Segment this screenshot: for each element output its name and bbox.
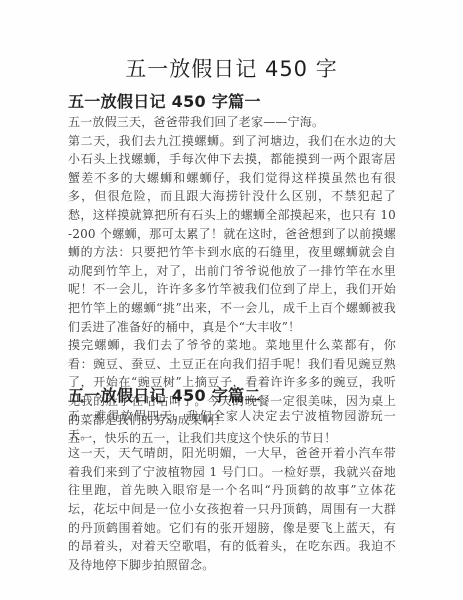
section-heading: 五一放假日记 450 字篇二 bbox=[68, 385, 396, 407]
document-page: 五一放假日记 450 字 五一放假日记 450 字篇一 五一放假三天，爸爸带我们… bbox=[0, 0, 463, 600]
paragraph: 五一难得放假四天，我们全家人决定去宁波植物园游玩一天。 bbox=[68, 407, 396, 444]
section-heading: 五一放假日记 450 字篇一 bbox=[68, 91, 396, 113]
paragraph: 第二天，我们去九江摸螺蛳。到了河塘边，我们在水边的大小石头上找螺蛳，手每次伸下去… bbox=[68, 132, 396, 337]
section-2: 五一放假日记 450 字篇二 五一难得放假四天，我们全家人决定去宁波植物园游玩一… bbox=[68, 385, 396, 574]
paragraph: 这一天，天气晴朗，阳光明媚，一大早，爸爸开着小汽车带着我们来到了宁波植物园 1 … bbox=[68, 444, 396, 574]
paragraph: 五一放假三天，爸爸带我们回了老家——宁海。 bbox=[68, 113, 396, 132]
document-title: 五一放假日记 450 字 bbox=[0, 56, 463, 82]
